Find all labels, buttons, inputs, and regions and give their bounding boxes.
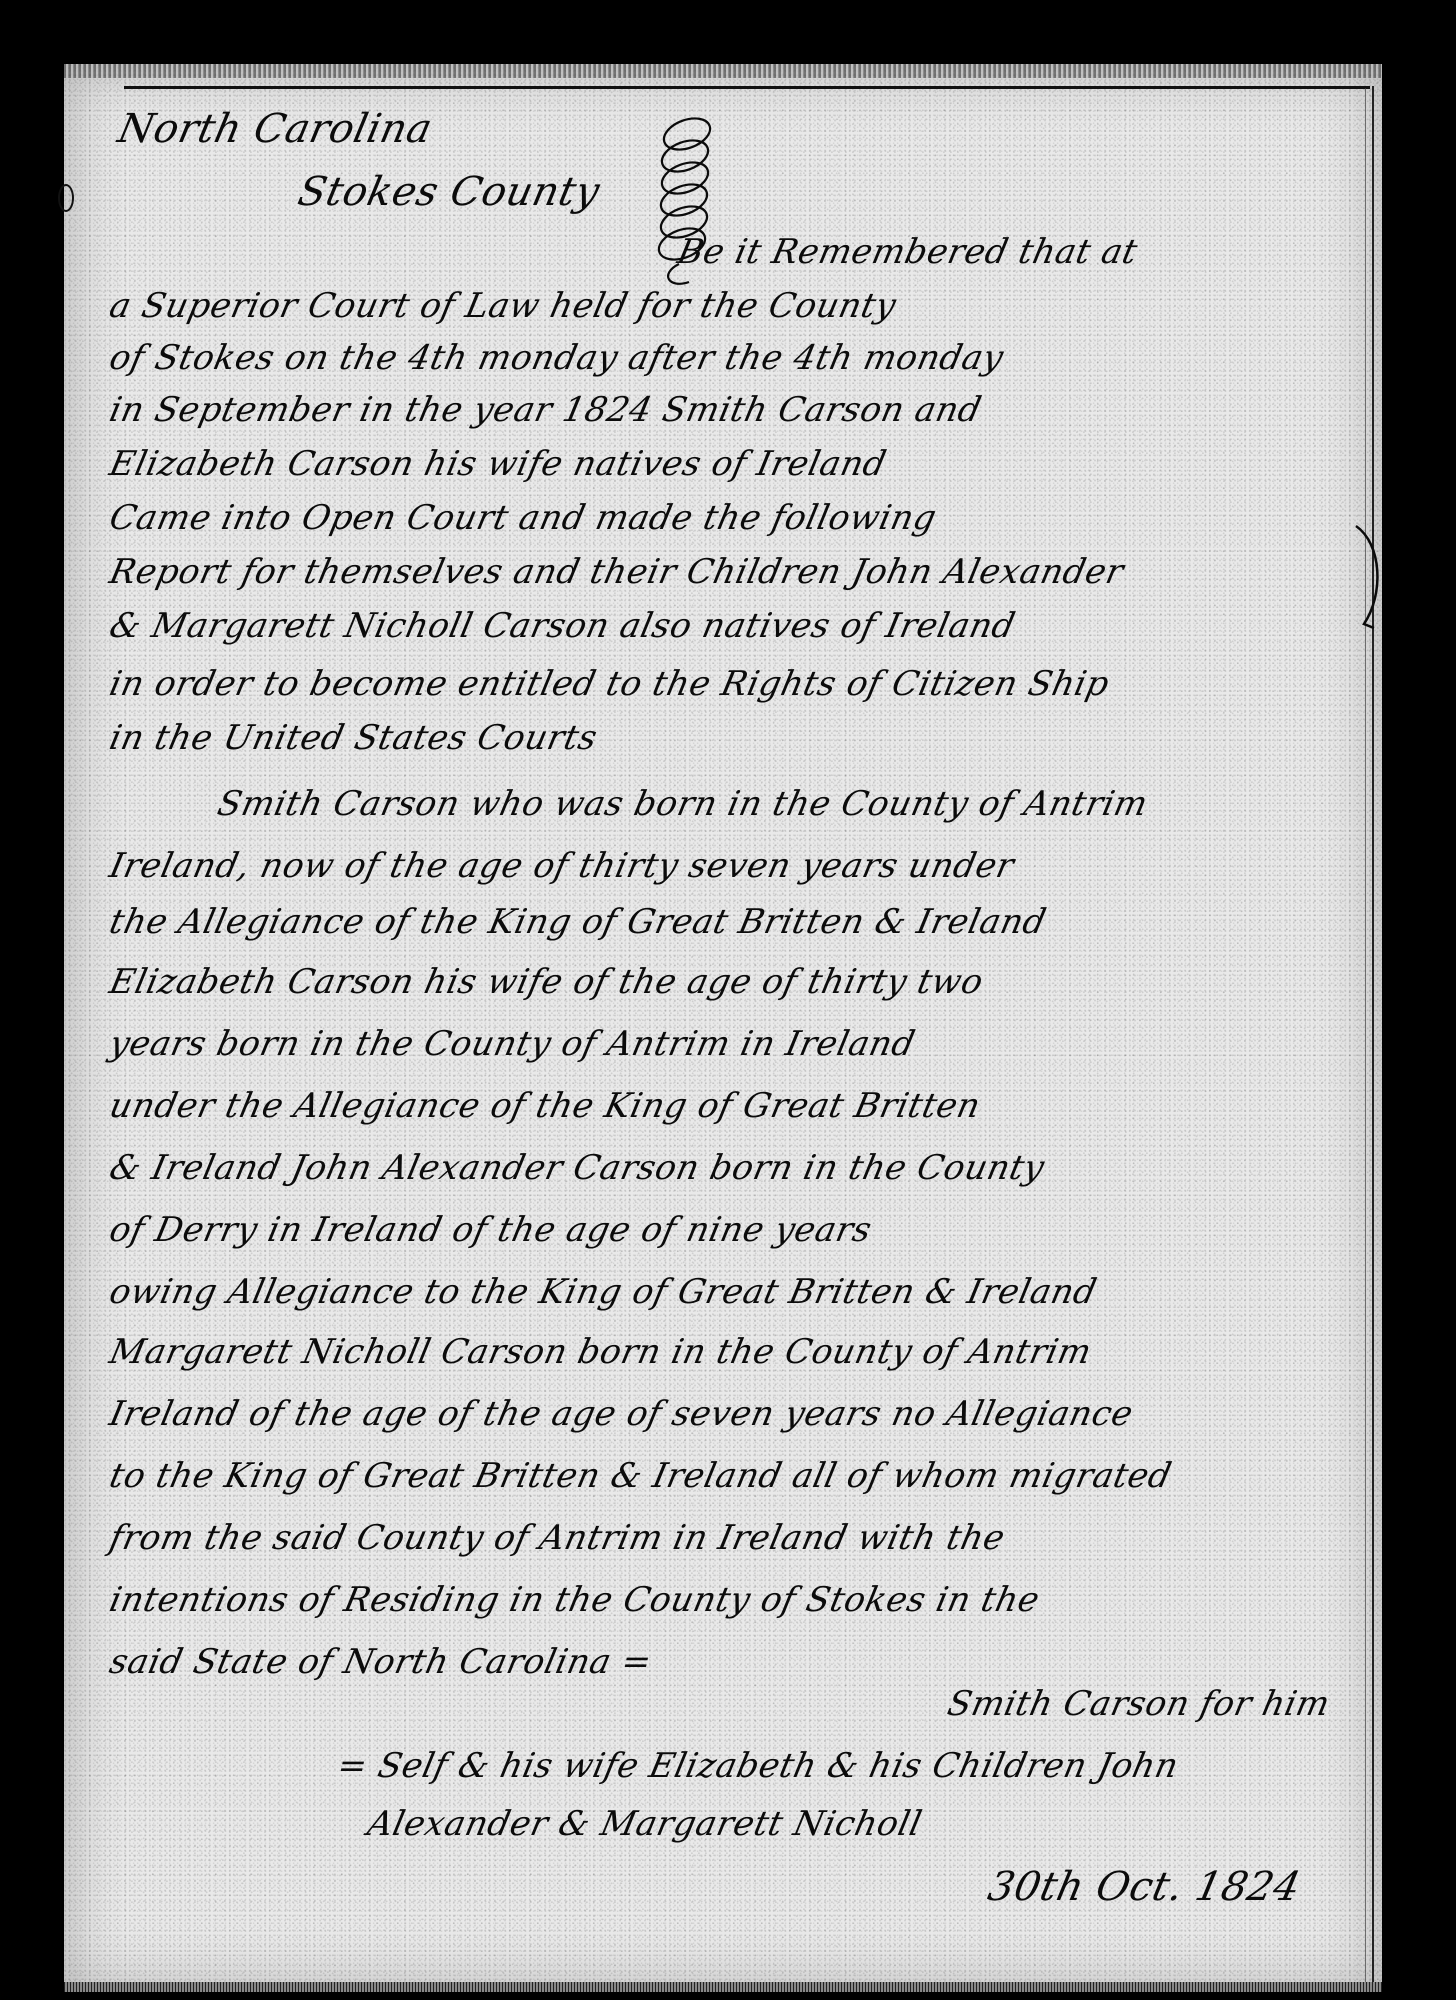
page-right-rule-inner [1365,88,1366,1982]
text-line: said State of North Carolina = [106,1642,655,1682]
text-line: in order to become entitled to the Right… [106,664,1113,704]
text-line: of Derry in Ireland of the age of nine y… [106,1210,875,1250]
text-line: Came into Open Court and made the follow… [106,498,940,538]
text-line: of Stokes on the 4th monday after the 4t… [106,338,1007,378]
text-line: Be it Remembered that at [674,232,1141,272]
page-bottom-edge [64,1982,1382,1992]
text-line: Report for themselves and their Children… [106,552,1127,592]
text-line: from the said County of Antrim in Irelan… [106,1518,1009,1558]
scan-background: North Carolina Stokes County Be it Remem… [0,0,1456,2000]
text-line: a Superior Court of Law held for the Cou… [106,286,900,326]
heading-state: North Carolina [114,106,436,152]
signature-line: Alexander & Margarett Nicholl [364,1804,926,1844]
text-line: Elizabeth Carson his wife natives of Ire… [106,444,890,484]
page-top-edge [64,64,1382,78]
text-line: the Allegiance of the King of Great Brit… [106,902,1050,942]
text-line: Elizabeth Carson his wife of the age of … [106,962,987,1002]
document-date: 30th Oct. 1824 [984,1864,1305,1910]
text-line: Smith Carson who was born in the County … [214,784,1151,824]
text-line: in the United States Courts [106,718,601,758]
text-line: to the King of Great Britten & Ireland a… [106,1456,1175,1496]
text-line: Ireland of the age of the age of seven y… [106,1394,1137,1434]
heading-county: Stokes County [294,169,604,215]
page-top-rule [124,86,1370,89]
text-line: intentions of Residing in the County of … [106,1580,1043,1620]
text-line: years born in the County of Antrim in Ir… [106,1024,919,1064]
page-right-rule [1372,86,1374,1982]
text-line: in September in the year 1824 Smith Cars… [106,390,985,430]
text-line: & Ireland John Alexander Carson born in … [106,1148,1048,1188]
bracket-flourish-icon [1354,524,1384,634]
text-line: Margarett Nicholl Carson born in the Cou… [106,1332,1095,1372]
text-line: & Margarett Nicholl Carson also natives … [106,606,1019,646]
signature-line: = Self & his wife Elizabeth & his Childr… [334,1746,1182,1786]
text-line: owing Allegiance to the King of Great Br… [106,1272,1100,1312]
binding-hole-mark [58,184,74,212]
text-line: under the Allegiance of the King of Grea… [106,1086,984,1126]
text-line: Ireland, now of the age of thirty seven … [106,846,1018,886]
document-page: North Carolina Stokes County Be it Remem… [64,64,1382,1992]
signature-line: Smith Carson for him [944,1684,1334,1724]
